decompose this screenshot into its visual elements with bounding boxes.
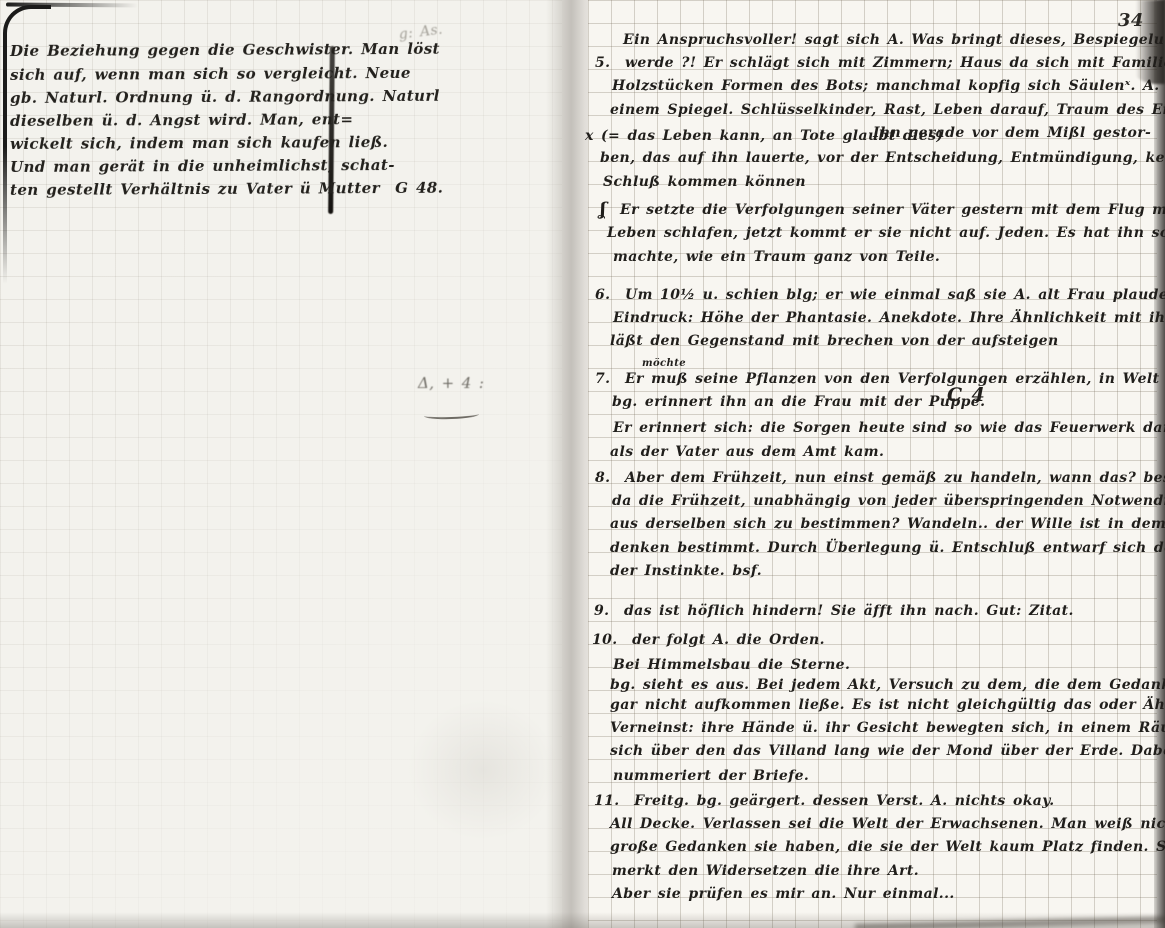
- handwritten-line: gar nicht aufkommen ließe. Es ist nicht …: [610, 698, 1165, 712]
- page-bottom-shadow: [0, 912, 1165, 928]
- handwritten-line: Er setzte die Verfolgungen seiner Väter …: [620, 203, 1165, 217]
- inserted-word: möchte: [642, 359, 686, 369]
- handwritten-line: läßt den Gegenstand mit brechen von der …: [610, 334, 1059, 348]
- handwritten-line: wickelt sich, indem man sich kaufen ließ…: [10, 135, 388, 152]
- photo-corner-left-line: [3, 34, 7, 284]
- handwritten-line: 9. das ist höflich hindern! Sie äfft ihn…: [594, 604, 1074, 618]
- handwritten-line: Ihn gerade vor dem Mißl gestor-: [873, 126, 1151, 140]
- margin-code: C 4: [947, 386, 985, 405]
- handwritten-line: gb. Naturl. Ordnung ü. d. Rangordnung. N…: [10, 89, 440, 106]
- handwritten-line: 10. der folgt A. die Orden.: [592, 633, 825, 647]
- handwritten-line: Und man gerät in die unheimlichst, schat…: [10, 158, 395, 175]
- handwritten-line: als der Vater aus dem Amt kam.: [610, 445, 884, 459]
- notebook-scan: Die Beziehung gegen die Geschwister. Man…: [0, 0, 1165, 928]
- handwritten-line: einem Spiegel. Schlüsselkinder, Rast, Le…: [610, 103, 1165, 117]
- handwritten-line: 6. Um 10½ u. schien blg; er wie einmal s…: [595, 288, 1165, 302]
- handwritten-line: ten gestellt Verhältnis zu Vater ü Mutte…: [10, 181, 443, 198]
- handwritten-line: nummeriert der Briefe.: [613, 769, 809, 783]
- handwritten-line: Holzstücken Formen des Bots; manchmal ko…: [612, 79, 1165, 93]
- handwritten-line: merkt den Widersetzen die ihre Art.: [612, 864, 919, 878]
- handwritten-line: Schluß kommen können: [603, 175, 806, 189]
- handwritten-line: All Decke. Verlassen sei die Welt der Er…: [610, 817, 1165, 831]
- handwritten-line: bg. erinnert ihn an die Frau mit der Pup…: [612, 395, 985, 409]
- handwritten-line: Eindruck: Höhe der Phantasie. Anekdote. …: [613, 311, 1165, 325]
- handwritten-line: große Gedanken sie haben, die sie der We…: [610, 840, 1165, 854]
- handwritten-line: 5. werde ?! Er schlägt sich mit Zimmern;…: [595, 56, 1165, 70]
- handwritten-line: denken bestimmt. Durch Überlegung ü. Ent…: [610, 541, 1165, 555]
- handwritten-line: Bei Himmelsbau die Sterne.: [613, 658, 850, 672]
- handwritten-line: da die Frühzeit, unabhängig von jeder üb…: [612, 494, 1165, 508]
- handwritten-line: bg. sieht es aus. Bei jedem Akt, Versuch…: [610, 678, 1165, 692]
- handwritten-line: dieselben ü. d. Angst wird. Man, ent=: [10, 112, 353, 129]
- handwritten-line: 8. Aber dem Frühzeit, nun einst gemäß zu…: [595, 471, 1165, 485]
- handwritten-line: sich auf, wenn man sich so vergleicht. N…: [10, 66, 411, 83]
- handwritten-line: aus derselben sich zu bestimmen? Wandeln…: [610, 517, 1165, 531]
- handwritten-line: Leben schlafen, jetzt kommt er sie nicht…: [607, 226, 1165, 240]
- handwritten-line: Er erinnert sich: die Sorgen heute sind …: [613, 421, 1165, 435]
- handwritten-line: Die Beziehung gegen die Geschwister. Man…: [10, 42, 440, 59]
- left-page: Die Beziehung gegen die Geschwister. Man…: [0, 0, 562, 928]
- handwritten-line: Verneinst: ihre Hände ü. ihr Gesicht bew…: [610, 721, 1165, 735]
- handwritten-line: machte, wie ein Traum ganz von Teile.: [613, 250, 940, 264]
- photo-edge-right-shadow: [1154, 0, 1165, 928]
- handwritten-line: ben, das auf ihn lauerte, vor der Entsch…: [600, 151, 1165, 165]
- handwritten-line: Ein Anspruchsvoller! sagt sich A. Was br…: [623, 33, 1165, 47]
- paper-smudge: [408, 700, 558, 840]
- handwritten-line: 11. Freitg. bg. geärgert. dessen Verst. …: [594, 794, 1054, 808]
- handwritten-line: sich über den das Villand lang wie der M…: [610, 744, 1165, 758]
- handwritten-line: 7. Er muß seine Pflanzen von den Verfolg…: [595, 372, 1165, 386]
- paragraph-mark: ʆ: [600, 201, 606, 219]
- handwritten-line: Aber sie prüfen es mir an. Nur einmal...: [612, 887, 955, 901]
- page-number: 34: [1118, 12, 1144, 30]
- handwritten-line: der Instinkte. bsf.: [610, 564, 762, 578]
- pencil-note: Δ, + 4 :: [418, 376, 484, 391]
